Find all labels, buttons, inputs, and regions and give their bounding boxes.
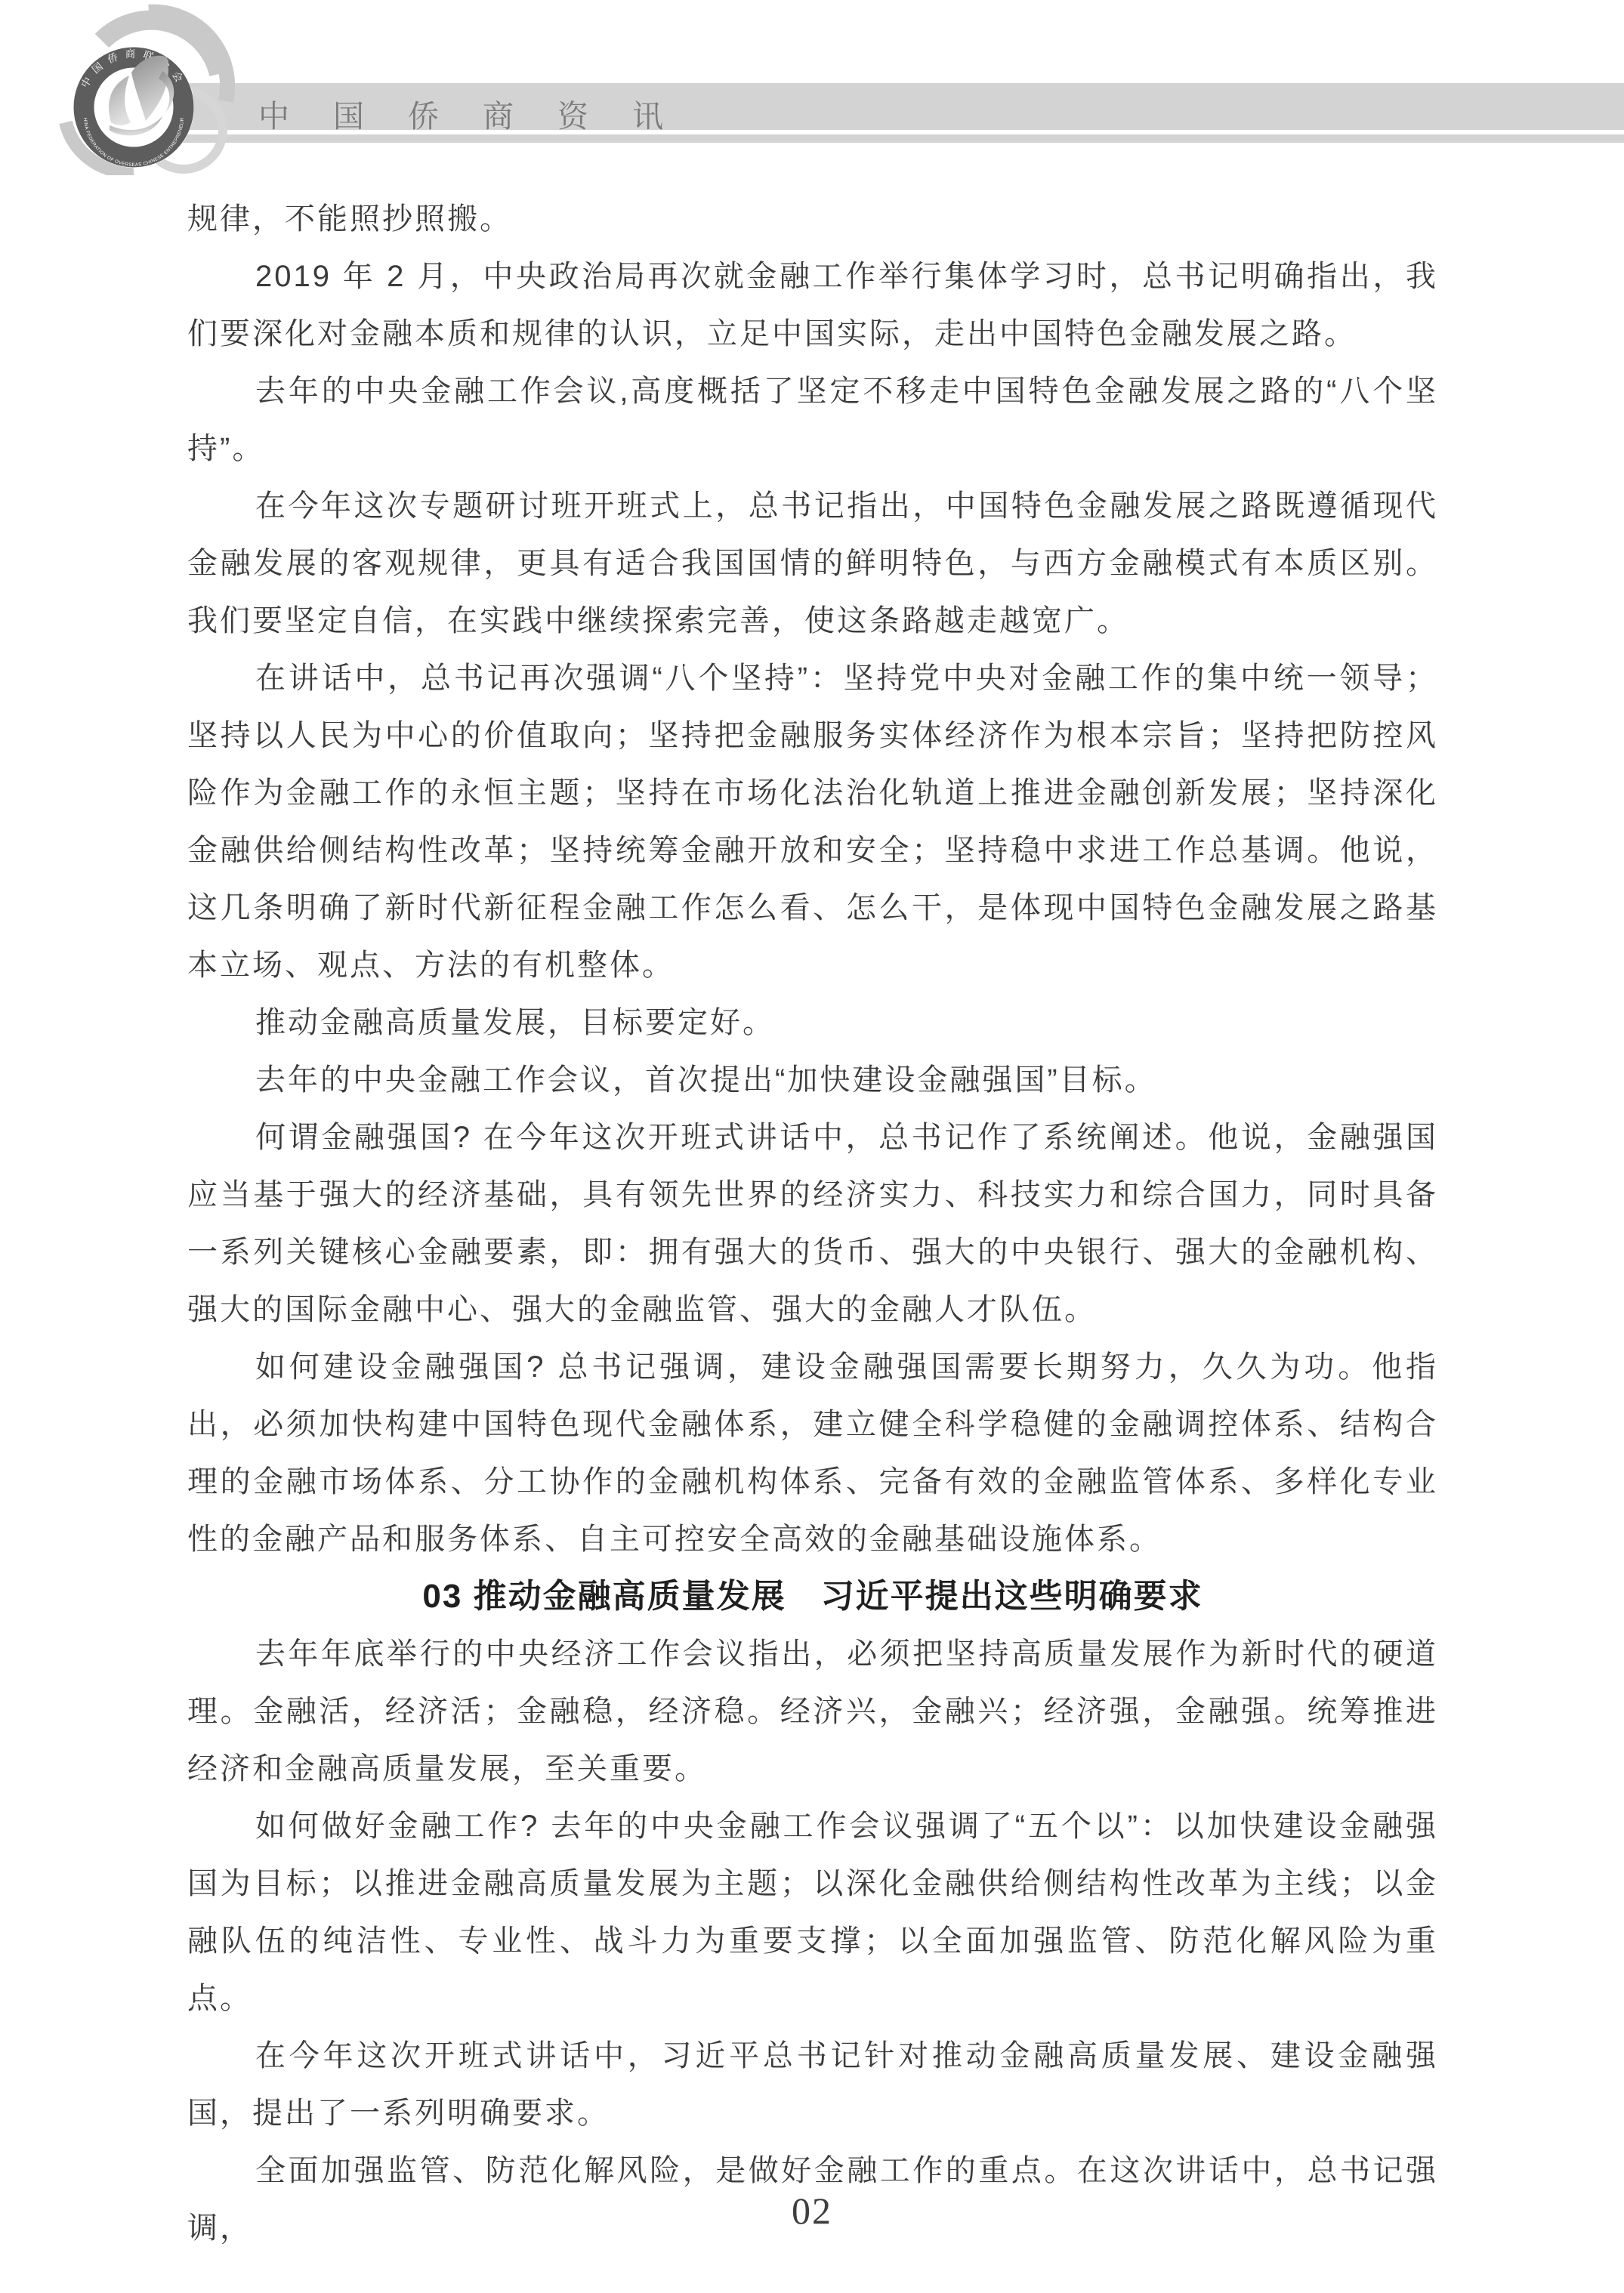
paragraph: 推动金融高质量发展，目标要定好。 [187, 994, 1438, 1051]
paragraph: 在今年这次开班式讲话中，习近平总书记针对推动金融高质量发展、建设金融强国，提出了… [187, 2027, 1438, 2142]
paragraph: 去年年底举行的中央经济工作会议指出，必须把坚持高质量发展作为新时代的硬道理。金融… [187, 1625, 1438, 1798]
paragraph: 在讲话中，总书记再次强调“八个坚持”：坚持党中央对金融工作的集中统一领导；坚持以… [187, 650, 1438, 994]
organization-logo-icon: 中国侨商联合会 CHINA FEDERATION OF OVERSEAS CHI… [36, 2, 262, 175]
header-title: 中国侨商资讯 [258, 91, 707, 136]
article-body: 规律，不能照抄照搬。2019 年 2 月，中央政治局再次就金融工作举行集体学习时… [187, 190, 1438, 2257]
page-number: 02 [0, 2189, 1624, 2233]
paragraph: 如何建设金融强国? 总书记强调，建设金融强国需要长期努力，久久为功。他指出，必须… [187, 1338, 1438, 1568]
paragraph: 在今年这次专题研讨班开班式上，总书记指出，中国特色金融发展之路既遵循现代金融发展… [187, 477, 1438, 650]
paragraph: 规律，不能照抄照搬。 [187, 190, 1438, 248]
paragraph: 如何做好金融工作? 去年的中央金融工作会议强调了“五个以”：以加快建设金融强国为… [187, 1798, 1438, 2027]
paragraph: 何谓金融强国? 在今年这次开班式讲话中，总书记作了系统阐述。他说，金融强国应当基… [187, 1109, 1438, 1338]
paragraph: 去年的中央金融工作会议，首次提出“加快建设金融强国”目标。 [187, 1051, 1438, 1109]
document-page: 中国侨商资讯 中国侨商联合会 [0, 0, 1624, 2293]
paragraph: 2019 年 2 月，中央政治局再次就金融工作举行集体学习时，总书记明确指出，我… [187, 248, 1438, 363]
paragraph: 去年的中央金融工作会议,高度概括了坚定不移走中国特色金融发展之路的“八个坚持”。 [187, 363, 1438, 477]
section-heading: 03 推动金融高质量发展 习近平提出这些明确要求 [187, 1568, 1438, 1625]
